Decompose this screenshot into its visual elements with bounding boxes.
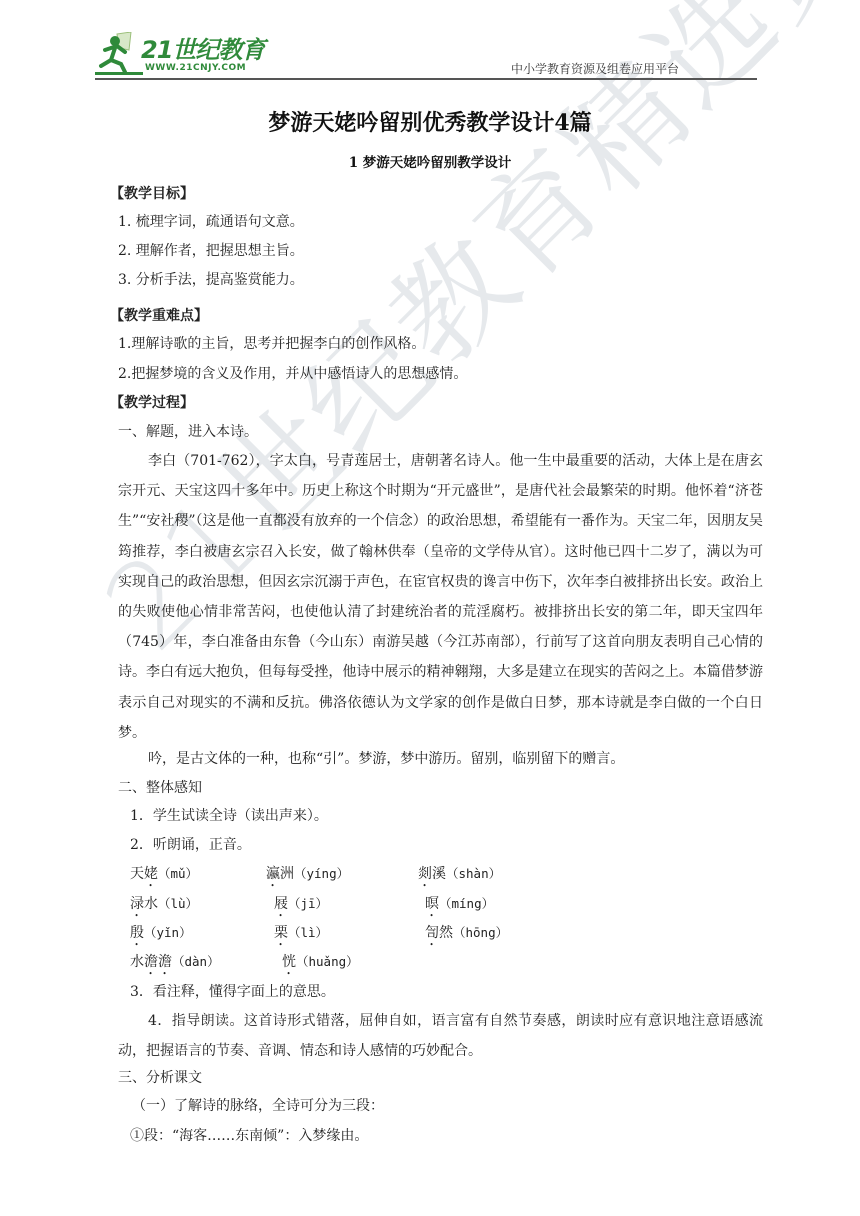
pronunciation-item: 天姥（mǔ） <box>130 864 198 890</box>
pronunciation-item: 剡溪（shàn） <box>418 864 501 890</box>
section-heading: 一、解题，进入本诗。 <box>118 422 258 442</box>
logo[interactable]: 21世纪教育 WWW.21CNJY.COM <box>95 32 265 76</box>
logo-text: 21世纪教育 <box>141 38 264 62</box>
pronunciation-item: 暝（míng） <box>425 894 494 920</box>
pronunciation-item: 水澹澹（dàn） <box>130 952 220 978</box>
pronunciation-item: 栗（lì） <box>274 923 328 949</box>
objectives-heading: 【教学目标】 <box>110 184 194 204</box>
step-item: 2．听朗诵，正音。 <box>130 835 251 855</box>
section-heading: 二、整体感知 <box>118 778 202 798</box>
paragraph-title-meaning: 吟，是古文体的一种，也称“引”。梦游，梦中游历。留别，临别留下的赠言。 <box>118 744 763 774</box>
section-heading: 三、分析课文 <box>118 1068 202 1088</box>
sub-heading: （一）了解诗的脉络，全诗可分为三段： <box>132 1096 384 1116</box>
platform-tagline: 中小学教育资源及组卷应用平台 <box>511 60 679 77</box>
step-item-reading-guide: 4．指导朗读。这首诗形式错落，屈伸自如，语言富有自然节奏感，朗读时应有意识地注意… <box>118 1006 763 1066</box>
pronunciation-item: 恍（huǎng） <box>282 952 359 978</box>
pronunciation-item: 瀛洲（yíng） <box>266 864 349 890</box>
runner-logo-icon <box>95 32 143 76</box>
paragraph-background: 李白（701-762），字太白，号青莲居士，唐朝著名诗人。他一生中最重要的活动，… <box>118 446 763 748</box>
objective-item: 2. 理解作者，把握思想主旨。 <box>118 241 304 261</box>
document-title: 梦游天姥吟留别优秀教学设计4篇 <box>0 106 860 137</box>
pronunciation-item: 殷（yǐn） <box>130 923 192 949</box>
objective-item: 1. 梳理字词，疏通语句文意。 <box>118 212 304 232</box>
keypoints-heading: 【教学重难点】 <box>110 306 208 326</box>
page-header: 21世纪教育 WWW.21CNJY.COM 中小学教育资源及组卷应用平台 <box>95 30 757 80</box>
step-item: 3．看注释，懂得字面上的意思。 <box>130 982 335 1002</box>
analysis-item: ①段：“海客……东南倾”：入梦缘由。 <box>130 1126 368 1146</box>
objective-item: 3. 分析手法，提高鉴赏能力。 <box>118 270 304 290</box>
step-item: 1．学生试读全诗（读出声来）。 <box>130 806 328 826</box>
document-subtitle: 1 梦游天姥吟留别教学设计 <box>0 151 860 171</box>
pronunciation-item: 訇然（hōng） <box>425 923 508 949</box>
keypoint-item: 2.把握梦境的含义及作用，并从中感悟诗人的思想感情。 <box>118 364 467 384</box>
pronunciation-item: 屐（jī） <box>274 894 328 920</box>
logo-url: WWW.21CNJY.COM <box>145 63 246 73</box>
keypoint-item: 1.理解诗歌的主旨，思考并把握李白的创作风格。 <box>118 334 425 354</box>
process-heading: 【教学过程】 <box>110 393 194 413</box>
pronunciation-item: 渌水（lù） <box>130 894 198 920</box>
